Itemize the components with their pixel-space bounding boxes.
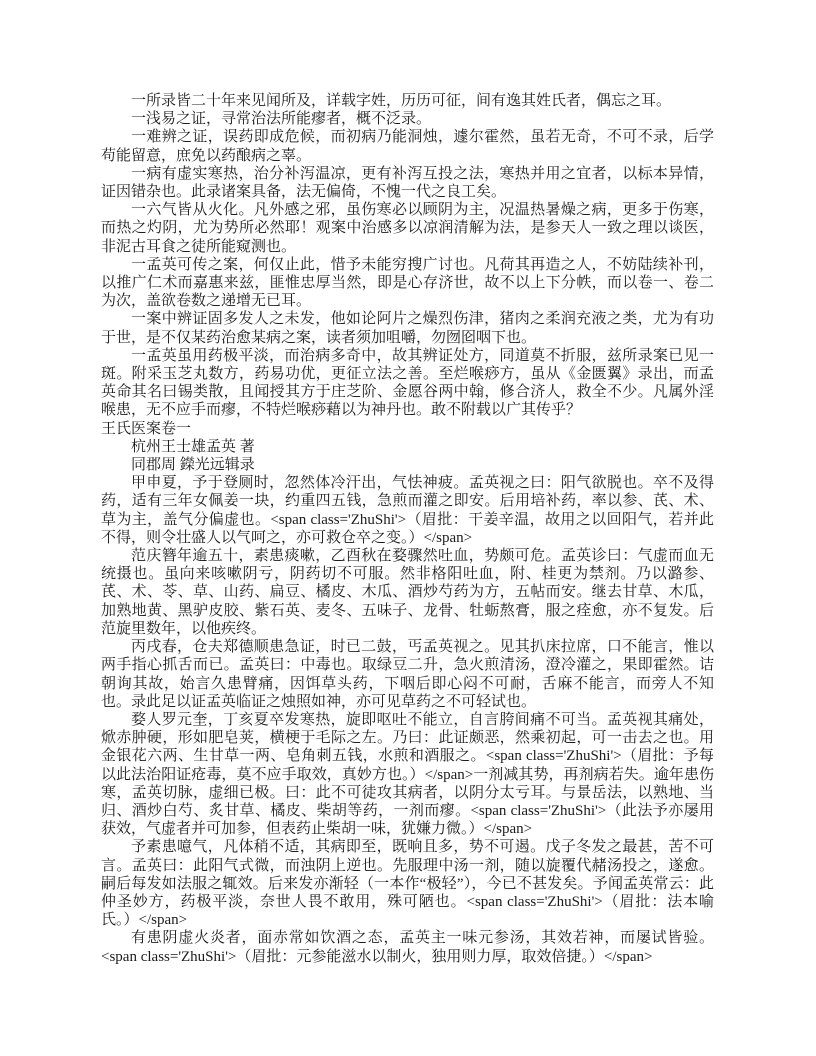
author-line: 杭州王士雄孟英 著 — [101, 438, 714, 456]
volume-title: 王氏医案卷一 — [101, 420, 714, 438]
front-matter-note: 一孟英可传之案，何仅止此，惜予未能穷搜广讨也。凡荷其再造之人，不妨陆续补刊，以推… — [101, 256, 714, 311]
case-paragraph: 甲申夏，予于登厕时，忽然体冷汗出，气怯神疲。孟英视之曰：阳气欲脱也。卒不及得药，… — [101, 474, 714, 547]
front-matter-note: 一病有虚实寒热，治分补泻温凉，更有补泻互投之法，寒热并用之宜者，以标本异情，证因… — [101, 165, 714, 201]
case-paragraph: 范庆簪年逾五十，素患痰嗽，乙酉秋在婺骤然吐血，势颇可危。孟英诊曰：气虚而血无统摄… — [101, 547, 714, 638]
document-page: 一所录皆二十年来见闻所及，详载字姓，历历可征，间有逸其姓氏者，偶忘之耳。 一浅易… — [0, 0, 816, 1056]
front-matter-note: 一六气皆从火化。凡外感之邪，虽伤寒必以顾阴为主，况温热暑燥之病，更多于伤寒，而热… — [101, 201, 714, 256]
editor-line: 同郡周 鑅光远辑录 — [101, 456, 714, 474]
front-matter-note: 一孟英虽用药极平淡，而治病多奇中，故其辨证处方，同道莫不折服，兹所录案已见一斑。… — [101, 347, 714, 420]
text-column: 一所录皆二十年来见闻所及，详载字姓，历历可征，间有逸其姓氏者，偶忘之耳。 一浅易… — [101, 92, 714, 966]
case-paragraph: 婺人罗元奎，丁亥夏卒发寒热，旋即呕吐不能立，自言胯间痛不可当。孟英视其痛处，焮赤… — [101, 711, 714, 838]
case-paragraph: 予素患噫气，凡体稍不适，其病即至，既响且多，势不可遏。戊子冬发之最甚，苦不可言。… — [101, 838, 714, 929]
front-matter-note: 一所录皆二十年来见闻所及，详载字姓，历历可征，间有逸其姓氏者，偶忘之耳。 — [101, 92, 714, 110]
front-matter-note: 一难辨之证，误药即成危候，而初病乃能洞烛，遽尔霍然，虽若无奇，不可不录，后学苟能… — [101, 128, 714, 164]
case-paragraph: 丙戌春，仓夫郑德顺患急证，时已二鼓，丐孟英视之。见其扒床拉席，口不能言，惟以两手… — [101, 638, 714, 711]
front-matter-note: 一浅易之证，寻常治法所能瘳者，概不泛录。 — [101, 110, 714, 128]
case-paragraph: 有患阴虚火炎者，面赤常如饮酒之态，孟英主一味元参汤，其效若神，而屡试皆验。<sp… — [101, 929, 714, 965]
front-matter-note: 一案中辨证固多发人之未发，他如论阿片之燥烈伤津，猪肉之柔润充液之类，尤为有功于世… — [101, 310, 714, 346]
